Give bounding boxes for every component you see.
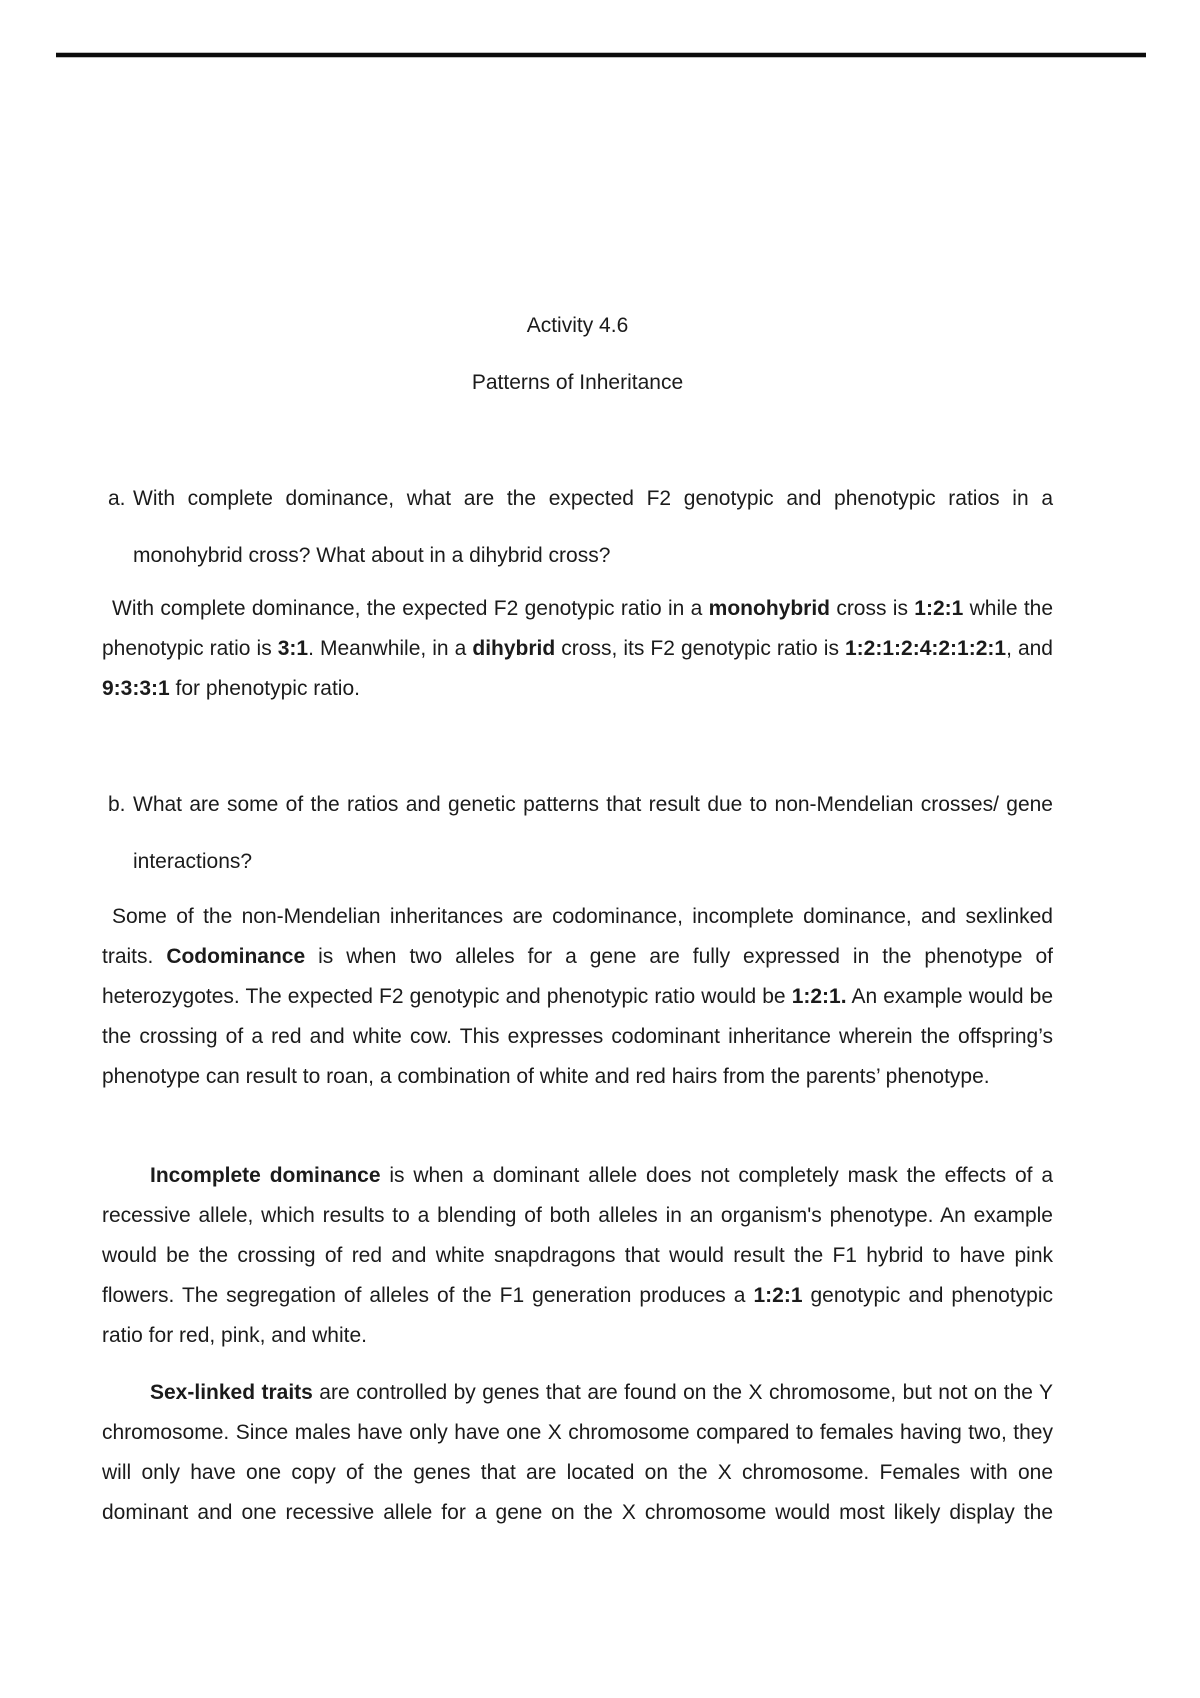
question-b-marker: b. — [102, 776, 133, 890]
question-a: a. With complete dominance, what are the… — [102, 470, 1053, 584]
answer-a-paragraph: With complete dominance, the expected F2… — [102, 589, 1053, 709]
answer-b-paragraph-codominance: Some of the non-Mendelian inheritances a… — [102, 897, 1053, 1137]
page-title: Activity 4.6 — [102, 306, 1053, 346]
document-page: Activity 4.6 Patterns of Inheritance a. … — [0, 0, 1200, 1698]
question-b-text: What are some of the ratios and genetic … — [133, 776, 1053, 890]
question-b: b. What are some of the ratios and genet… — [102, 776, 1053, 890]
document-body: Activity 4.6 Patterns of Inheritance a. … — [102, 0, 1053, 1533]
question-a-text: With complete dominance, what are the ex… — [133, 470, 1053, 584]
question-a-marker: a. — [102, 470, 133, 584]
answer-b-paragraph-incomplete-dominance: Incomplete dominance is when a dominant … — [102, 1156, 1053, 1356]
answer-b-paragraph-sex-linked: Sex-linked traits are controlled by gene… — [102, 1373, 1053, 1533]
page-subtitle: Patterns of Inheritance — [102, 363, 1053, 403]
